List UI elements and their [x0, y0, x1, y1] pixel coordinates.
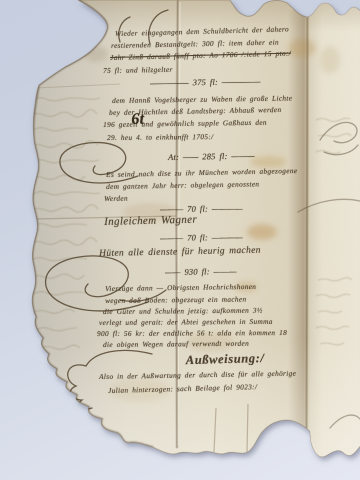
handwritten-line: die obigen Wegen darauf verwendt worden — [103, 339, 249, 349]
handwritten-line: Ingleichem Wagner — [104, 214, 197, 228]
handwritten-line: Julian hinterzogen: sach Beilage fol 902… — [108, 382, 257, 395]
handwritten-line: 75 fl: und hilzgelter — [103, 65, 173, 75]
amount-line: —— 930 fl: ——— — [165, 266, 237, 277]
handwritten-line: Vierzüge dann — Obrigsten Hochrichshonen — [105, 282, 256, 293]
handwritten-line: wegen daß Boden: obgezeugt ein machen — [105, 295, 247, 305]
photograph-of-manuscript: Wieder eingegangen dem Schuldbericht der… — [0, 0, 360, 480]
handwritten-line: 196 gezelt und gewöhnlich supple Gaßhaus… — [103, 118, 267, 129]
handwritten-line: Werden — [104, 194, 128, 203]
amount-line: ——— 70 fl: ———— — [160, 232, 243, 243]
overwritten-numeral: 6t — [131, 111, 145, 129]
handwritten-line: Also in der Außwartung der durch dise fü… — [99, 369, 296, 381]
handwritten-line: dem gantzen Jahr herr: obgelegen genosst… — [106, 179, 259, 191]
handwritten-line: 900 fl: 56 kr: der endtliche 56 t: alda … — [97, 328, 287, 338]
handwritten-line: 29. heu 4. to einkhunfft 1705:/ — [107, 132, 214, 142]
handwritten-line: verlegt und gerait: der Abtei geschehen … — [99, 317, 273, 327]
handwritten-line: Es seind nach dise zu ihr München worden… — [106, 166, 297, 179]
handwritten-line: dem Hannß Vogelsberger zu Waben die groß… — [112, 93, 292, 105]
amount-line: At: —— 285 fl: ——— — [168, 150, 255, 162]
handwritten-line: Wieder eingegangen dem Schuldbericht der… — [115, 24, 289, 38]
amount-line: ————— 375 fl: ————— — [150, 76, 261, 88]
handwriting-layer: Wieder eingegangen dem Schuldbericht der… — [0, 0, 360, 480]
amount-line: ——— 70 fl: ———— — [160, 203, 243, 214]
handwritten-line: Hüten alle dienste für heurig machen — [99, 246, 261, 259]
handwritten-line-struck: Jahr Zinß darauß fünff pto: Ao 1706 /:ie… — [110, 49, 291, 62]
handwritten-line: die Güter und Schulden jetzig: aufkommen… — [103, 306, 263, 316]
ausweisung-heading: Außweisung:/ — [150, 350, 300, 369]
handwritten-line: restierenden Bestandtgelt: 300 fl: item … — [111, 37, 279, 50]
